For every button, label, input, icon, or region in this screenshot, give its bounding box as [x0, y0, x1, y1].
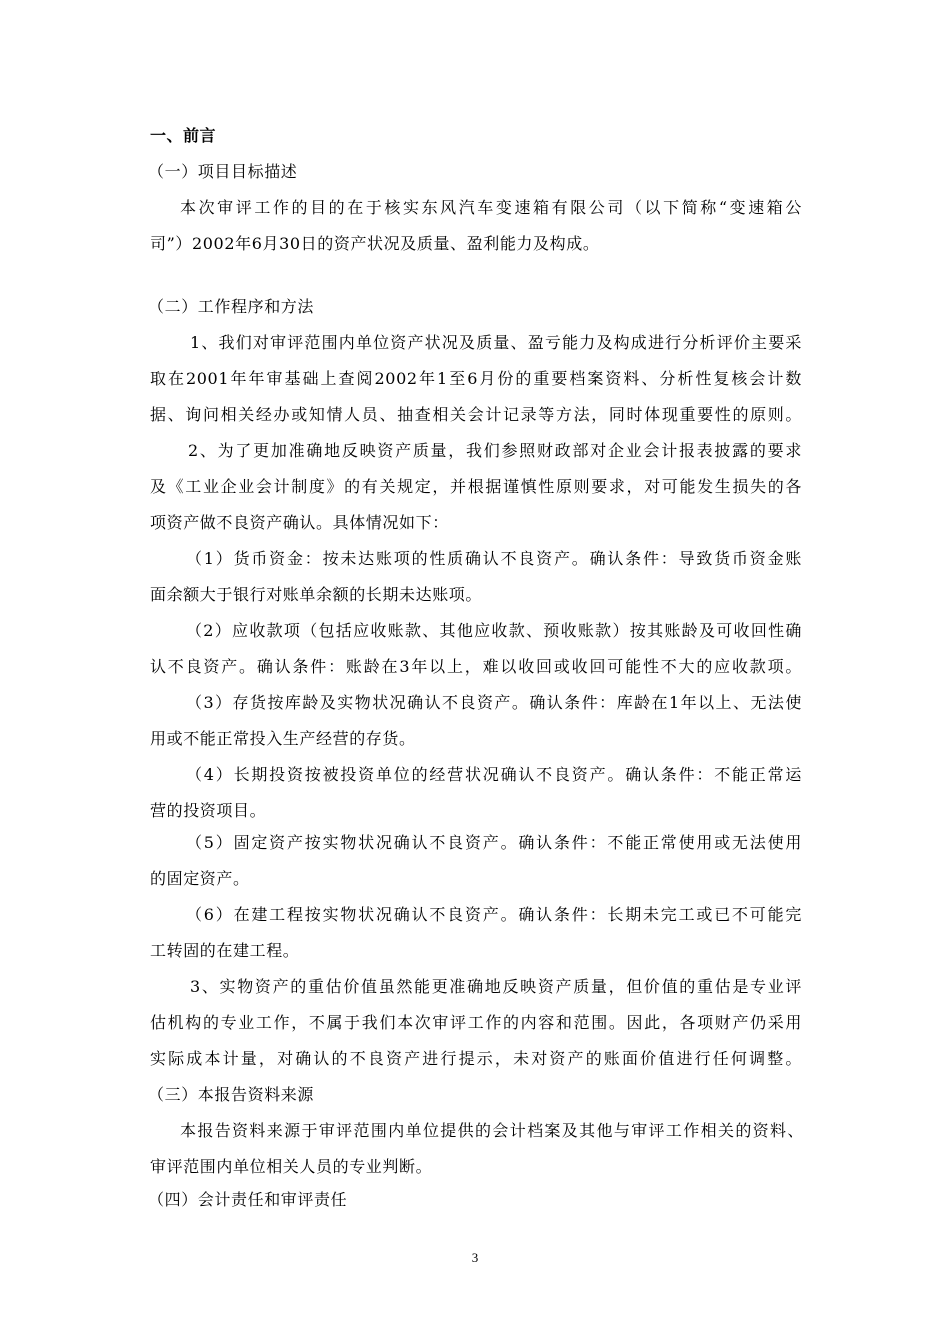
para-line: 项资产做不良资产确认。具体情况如下： [150, 513, 449, 533]
section-title-3: （三）本报告资料来源 [148, 1085, 314, 1105]
para-line: 工转固的在建工程。 [150, 941, 299, 961]
para-line: 取在2001年年审基础上查阅2002年1至6月份的重要档案资料、分析性复核会计数 [150, 369, 802, 389]
section-title-4: （四）会计责任和审评责任 [148, 1190, 347, 1210]
para-line: 用或不能正常投入生产经营的存货。 [150, 729, 416, 749]
para-line: 的固定资产。 [150, 869, 250, 889]
para-line: （3）存货按库龄及实物状况确认不良资产。确认条件：库龄在1年以上、无法使 [186, 693, 802, 713]
section-title-1: （一）项目目标描述 [148, 162, 297, 182]
para-line: （1）货币资金：按未达账项的性质确认不良资产。确认条件：导致货币资金账 [186, 549, 802, 569]
para-line: 估机构的专业工作，不属于我们本次审评工作的内容和范围。因此，各项财产仍采用 [150, 1013, 802, 1033]
para-line: 本报告资料来源于审评范围内单位提供的会计档案及其他与审评工作相关的资料、 [180, 1121, 804, 1141]
para-line: 营的投资项目。 [150, 801, 266, 821]
para-line: 审评范围内单位相关人员的专业判断。 [150, 1157, 432, 1177]
para-line: 实际成本计量，对确认的不良资产进行提示，未对资产的账面价值进行任何调整。 [150, 1049, 802, 1069]
para-line: 2、为了更加准确地反映资产质量，我们参照财政部对企业会计报表披露的要求 [188, 441, 802, 461]
para-line: 本次审评工作的目的在于核实东风汽车变速箱有限公司（以下简称“变速箱公 [180, 198, 802, 218]
para-line: 认不良资产。确认条件：账龄在3年以上，难以收回或收回可能性不大的应收款项。 [150, 657, 802, 677]
para-line: （5）固定资产按实物状况确认不良资产。确认条件：不能正常使用或无法使用 [186, 833, 802, 853]
para-line: （6）在建工程按实物状况确认不良资产。确认条件：长期未完工或已不可能完 [186, 905, 802, 925]
para-line: （2）应收款项（包括应收账款、其他应收款、预收账款）按其账龄及可收回性确 [186, 621, 802, 641]
section-title-2: （二）工作程序和方法 [148, 297, 314, 317]
para-line: 司”）2002年6月30日的资产状况及质量、盈利能力及构成。 [150, 234, 599, 254]
para-line: 3、实物资产的重估价值虽然能更准确地反映资产质量，但价值的重估是专业评 [190, 977, 802, 997]
page-number: 3 [0, 1250, 950, 1266]
para-line: （4）长期投资按被投资单位的经营状况确认不良资产。确认条件：不能正常运 [186, 765, 802, 785]
para-line: 及《工业企业会计制度》的有关规定，并根据谨慎性原则要求，对可能发生损失的各 [150, 477, 802, 497]
para-line: 1、我们对审评范围内单位资产状况及质量、盈亏能力及构成进行分析评价主要采 [190, 333, 802, 353]
para-line: 据、询问相关经办或知情人员、抽查相关会计记录等方法，同时体现重要性的原则。 [150, 405, 802, 425]
heading-preface: 一、前言 [150, 126, 216, 146]
para-line: 面余额大于银行对账单余额的长期未达账项。 [150, 585, 482, 605]
